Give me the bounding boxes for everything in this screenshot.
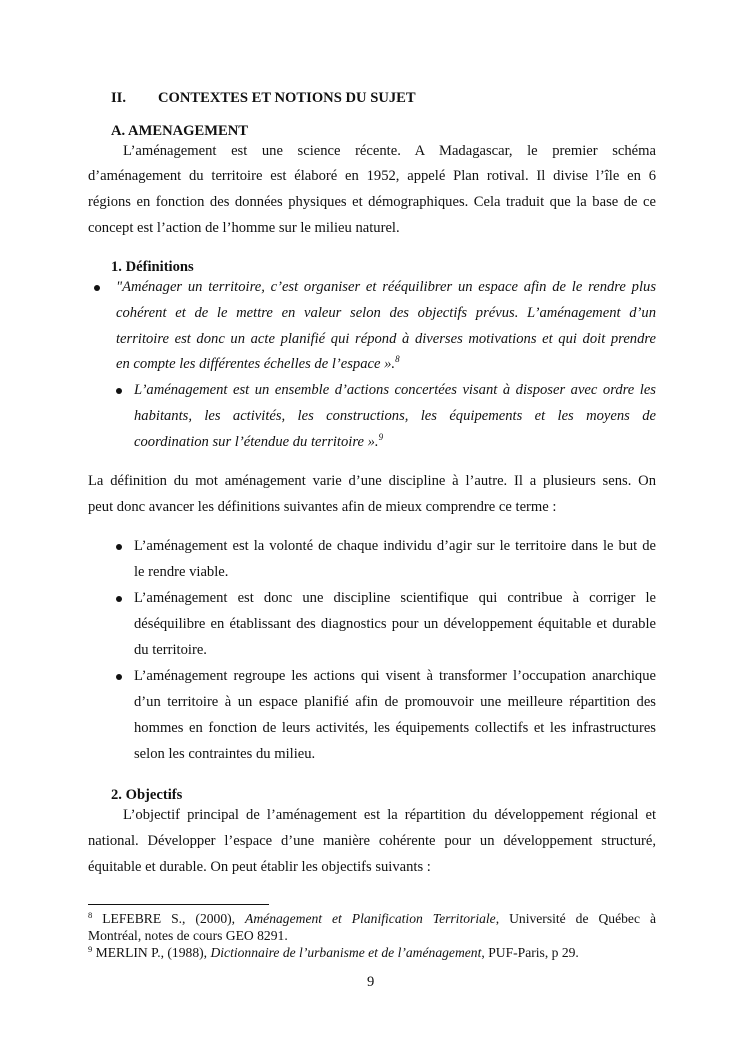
quote1-line-3: territoire est donc un acte planifié qui…	[116, 330, 656, 348]
intro-line-4: concept est l’action de l’homme sur le m…	[88, 219, 656, 237]
list-item-2-line-1: L’aménagement est donc une discipline sc…	[134, 589, 656, 607]
quote1-line-1: "Aménager un territoire, c’est organiser…	[116, 278, 656, 296]
quote2-line-2: habitants, les activités, les constructi…	[134, 407, 656, 425]
page-number: 9	[367, 973, 374, 991]
objectifs-heading: 2. Objectifs	[111, 786, 182, 804]
list-item-3-line-3: hommes en fonction de leurs activités, l…	[134, 719, 656, 737]
section-number: II.	[111, 89, 126, 107]
list-item-1-line-2: le rendre viable.	[134, 563, 228, 581]
footnote-separator	[88, 904, 269, 905]
footnote-ref-9[interactable]: 9	[379, 432, 384, 442]
footnote-9: 9 MERLIN P., (1988), Dictionnaire de l’u…	[88, 945, 579, 961]
bullet-icon	[94, 285, 100, 291]
footnote-8-title: Aménagement et Planification Territorial…	[245, 911, 496, 926]
definitions-heading: 1. Définitions	[111, 258, 194, 276]
footnote-ref-8[interactable]: 8	[395, 354, 400, 364]
objectifs-line-2: national. Développer l’espace d’une mani…	[88, 832, 656, 850]
footnote-8-line-2: Montréal, notes de cours GEO 8291.	[88, 928, 288, 944]
bullet-icon	[116, 674, 122, 680]
list-item-1-line-1: L’aménagement est la volonté de chaque i…	[134, 537, 656, 555]
intro-line-3: régions en fonction des données physique…	[88, 193, 656, 211]
definition-paragraph-line-2: peut donc avancer les définitions suivan…	[88, 498, 656, 516]
intro-line-1: L’aménagement est une science récente. A…	[123, 142, 656, 160]
list-item-3-line-1: L’aménagement regroupe les actions qui v…	[134, 667, 656, 685]
section-title: CONTEXTES ET NOTIONS DU SUJET	[158, 89, 416, 107]
list-item-2-line-2: déséquilibre en établissant des diagnost…	[134, 615, 656, 633]
footnote-9-title: Dictionnaire de l’urbanisme et de l’amén…	[210, 945, 481, 960]
bullet-icon	[116, 388, 122, 394]
footnote-8-line-1: 8 LEFEBRE S., (2000), Aménagement et Pla…	[88, 911, 656, 927]
bullet-icon	[116, 596, 122, 602]
quote1-line-2: cohérent et de le mettre en valeur selon…	[116, 304, 656, 322]
quote2-line-3: coordination sur l’étendue du territoire…	[134, 433, 383, 451]
objectifs-line-1: L’objectif principal de l’aménagement es…	[123, 806, 656, 824]
objectifs-line-3: équitable et durable. On peut établir le…	[88, 858, 431, 876]
quote2-line-1: L’aménagement est un ensemble d’actions …	[134, 381, 656, 399]
subsection-heading: A. AMENAGEMENT	[111, 122, 248, 140]
list-item-2-line-3: du territoire.	[134, 641, 207, 659]
quote1-line-4: en compte les différentes échelles de l’…	[116, 355, 400, 373]
bullet-icon	[116, 544, 122, 550]
definition-paragraph-line-1: La définition du mot aménagement varie d…	[88, 472, 656, 490]
list-item-3-line-4: selon les contraintes du milieu.	[134, 745, 315, 763]
list-item-3-line-2: d’un territoire à un espace planifié afi…	[134, 693, 656, 711]
intro-line-2: d’aménagement du territoire est élaboré …	[88, 167, 656, 185]
